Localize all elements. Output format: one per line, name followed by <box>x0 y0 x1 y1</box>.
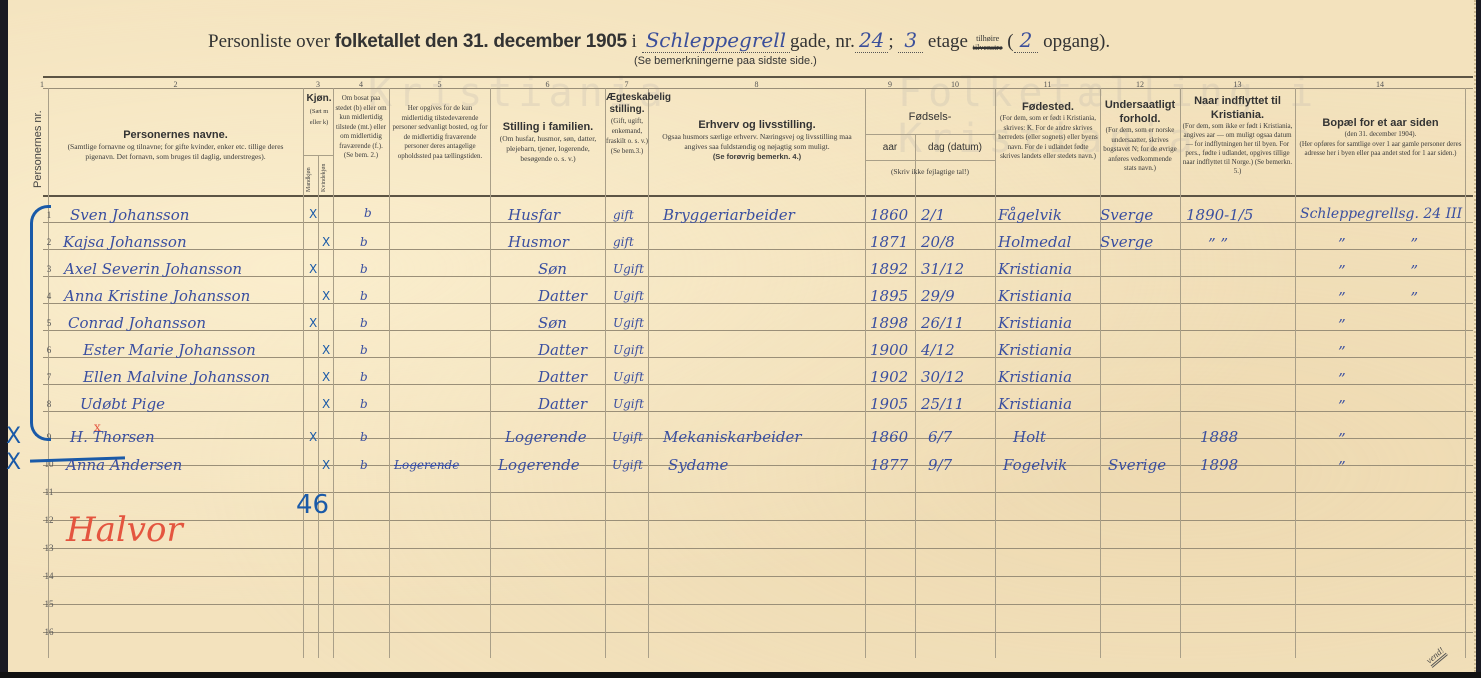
nationality-cell: Sverge <box>1100 233 1153 251</box>
sex-male-cell: X <box>309 430 317 444</box>
col-divider <box>389 88 390 658</box>
name-cell: Anna Andersen <box>66 456 182 474</box>
family-position-cell: Datter <box>538 395 587 413</box>
row-number: 14 <box>43 571 55 581</box>
sex-male-cell: X <box>309 262 317 276</box>
row-number: 12 <box>43 515 55 525</box>
row-number: 13 <box>43 543 55 553</box>
resident-cell: b <box>360 397 368 411</box>
marital-cell: Ugift <box>613 370 644 384</box>
prev-residence-cell: ” ” <box>1338 458 1481 476</box>
header-sex: Kjøn. (Sæt m eller k) <box>304 92 334 128</box>
col-divider <box>1100 88 1101 658</box>
header-nationality: Undersaatligt forhold. (For dem, som er … <box>1102 98 1178 174</box>
name-cell: Sven Johansson <box>70 206 189 224</box>
birth-date-cell: 20/8 <box>921 233 955 251</box>
col-divider <box>1180 88 1181 658</box>
birthplace-cell: Kristiania <box>998 260 1072 278</box>
entrance-field[interactable]: 2 <box>1014 28 1039 53</box>
col-divider <box>995 88 996 658</box>
header-occupation: Erhverv og livsstilling. Ogsaa husmors s… <box>653 118 861 162</box>
row-rule <box>43 520 1473 521</box>
marital-cell: gift <box>613 208 634 222</box>
scan-border <box>0 672 1481 678</box>
side-selector[interactable]: tilhøire tilvenstre <box>973 34 1003 52</box>
page-title: Personliste over folketallet den 31. dec… <box>208 28 1110 53</box>
row-rule <box>43 249 1473 250</box>
birth-year-cell: 1905 <box>870 395 908 413</box>
marital-cell: Ugift <box>613 397 644 411</box>
table-top-rule <box>43 76 1473 78</box>
name-cell: Anna Kristine Johansson <box>64 287 250 305</box>
family-position-cell: Husfar <box>508 206 560 224</box>
birth-date-cell: 26/11 <box>921 314 964 332</box>
col-number: 7 <box>605 80 648 89</box>
name-cell: Axel Severin Johansson <box>64 260 242 278</box>
red-x-mark: x <box>94 420 101 434</box>
occupation-cell: Bryggeriarbeider <box>663 206 795 224</box>
col-number: 1 <box>36 80 48 89</box>
name-cell: Udøbt Pige <box>80 395 165 413</box>
birth-date-cell: 4/12 <box>921 341 955 359</box>
family-position-cell: Datter <box>538 287 587 305</box>
col-divider <box>1295 88 1296 658</box>
nationality-cell: Sverige <box>1108 456 1166 474</box>
prev-residence-cell: ” ” <box>1338 397 1481 415</box>
birth-date-cell: 31/12 <box>921 260 964 278</box>
occupation-cell: Mekaniskarbeider <box>663 428 802 446</box>
col-divider <box>303 88 304 658</box>
family-position-cell: Logerende <box>498 456 580 474</box>
prev-residence-cell: ” ” <box>1338 430 1481 448</box>
col-number: 3 <box>303 80 333 89</box>
header-male: Mandkjøn <box>306 167 312 192</box>
prev-residence-cell: ” ” ” <box>1338 262 1481 280</box>
col-number: 4 <box>333 80 389 89</box>
birth-year-cell: 1895 <box>870 287 908 305</box>
street-name-field[interactable]: Schleppegrell <box>642 28 790 53</box>
prev-residence-cell: ” ” <box>1338 370 1481 388</box>
birth-date-cell: 25/11 <box>921 395 964 413</box>
sex-female-cell: X <box>322 235 330 249</box>
row-rule <box>43 411 1473 412</box>
header-family-position: Stilling i familien. (Om husfar, husmor,… <box>493 120 603 164</box>
red-annotation-name: Halvor <box>66 510 183 550</box>
birthplace-cell: Kristiania <box>998 368 1072 386</box>
birth-date-cell: 30/12 <box>921 368 964 386</box>
birth-year-cell: 1877 <box>870 456 908 474</box>
col-divider <box>605 88 606 658</box>
marital-cell: Ugift <box>613 262 644 276</box>
family-position-cell: Datter <box>538 341 587 359</box>
birth-year-cell: 1860 <box>870 428 908 446</box>
marital-cell: Ugift <box>612 458 643 472</box>
resident-cell: b <box>360 370 368 384</box>
birth-date-cell: 2/1 <box>921 206 945 224</box>
family-position-cell: Logerende <box>505 428 587 446</box>
resident-cell: b <box>360 289 368 303</box>
family-position-cell: Søn <box>538 260 567 278</box>
name-cell: Conrad Johansson <box>68 314 206 332</box>
birthplace-cell: Kristiania <box>998 341 1072 359</box>
moved-in-cell: 1898 <box>1200 456 1238 474</box>
header-marital-status: Ægteskabelig stilling. (Gift, ugift, enk… <box>606 92 648 156</box>
birthplace-cell: Holt <box>1013 428 1046 446</box>
prev-residence-cell: ” ” <box>1338 316 1481 334</box>
col-number: 11 <box>995 80 1100 89</box>
header-names: Personernes navne. (Samtlige fornavne og… <box>53 128 298 162</box>
subtitle: (Se bemerkningerne paa sidste side.) <box>634 55 817 67</box>
title-bold: folketallet den 31. december 1905 <box>335 31 627 52</box>
turn-page-note: vend! <box>1424 645 1448 668</box>
col-number: 2 <box>48 80 303 89</box>
sex-female-cell: X <box>322 289 330 303</box>
resident-cell: b <box>360 343 368 357</box>
resident-cell: b <box>360 458 368 472</box>
sex-female-cell: X <box>322 343 330 357</box>
row-rule <box>43 465 1473 466</box>
header-subrule <box>865 134 995 135</box>
birthplace-cell: Holmedal <box>998 233 1071 251</box>
birth-date-cell: 29/9 <box>921 287 955 305</box>
header-moved-in: Naar indflyttet til Kristiania. (For dem… <box>1182 94 1293 176</box>
header-usual-residence: Her opgives for de kun midlertidig tilst… <box>392 104 488 161</box>
birthplace-cell: Kristiania <box>998 287 1072 305</box>
row-rule <box>43 548 1473 549</box>
row-rule <box>43 276 1473 277</box>
header-resident-status: Om bosat paa stedet (b) eller om kun mid… <box>335 94 387 161</box>
col-divider <box>915 134 916 658</box>
col-number: 13 <box>1180 80 1295 89</box>
sex-female-cell: X <box>322 458 330 472</box>
header-subrule <box>303 155 333 156</box>
name-cell: Ester Marie Johansson <box>83 341 256 359</box>
header-birthplace: Fødested. (For dem, som er født i Kristi… <box>998 100 1098 162</box>
row10-x-mark: X <box>6 450 21 475</box>
header-birth-year: aar <box>865 141 915 155</box>
moved-in-cell: 1888 <box>1200 428 1238 446</box>
row-number: 15 <box>43 599 55 609</box>
moved-in-cell: 1890-1/5 <box>1186 206 1253 224</box>
name-cell: H. Thorsen <box>70 428 155 446</box>
prev-residence-cell: ” ” ” <box>1338 235 1481 253</box>
prev-residence-cell: ” ” ” <box>1338 289 1481 307</box>
col-number: 6 <box>490 80 605 89</box>
person-total: 46 <box>296 490 329 520</box>
birth-year-cell: 1898 <box>870 314 908 332</box>
header-subrule <box>865 160 995 161</box>
row-rule <box>43 604 1473 605</box>
name-cell: Ellen Malvine Johansson <box>83 368 270 386</box>
census-form-page: Kristiania Folketælling i Kristiania Per… <box>8 0 1476 672</box>
birth-year-cell: 1892 <box>870 260 908 278</box>
sex-male-cell: X <box>309 316 317 330</box>
marital-cell: Ugift <box>613 289 644 303</box>
header-birth-date: dag (datum) <box>915 141 995 155</box>
row9-x-mark: X <box>6 424 21 449</box>
header-birth: Fødsels- <box>865 110 995 124</box>
col-number: 14 <box>1295 80 1465 89</box>
birth-date-cell: 6/7 <box>928 428 952 446</box>
marital-cell: Ugift <box>613 343 644 357</box>
row-rule <box>43 576 1473 577</box>
resident-cell: b <box>360 316 368 330</box>
row-number: 16 <box>43 627 55 637</box>
resident-cell: b <box>364 206 372 220</box>
birth-year-cell: 1900 <box>870 341 908 359</box>
col-number: 5 <box>389 80 490 89</box>
header-prev-residence: Bopæl for et aar siden (den 31. december… <box>1298 116 1463 159</box>
resident-cell: b <box>360 235 368 249</box>
birth-year-cell: 1902 <box>870 368 908 386</box>
sex-female-cell: X <box>322 397 330 411</box>
row-rule <box>43 303 1473 304</box>
family-position-cell: Datter <box>538 368 587 386</box>
header-female: Kvindekjøn <box>321 164 327 192</box>
house-number-field[interactable]: 24 <box>855 28 888 53</box>
resident-cell: b <box>360 430 368 444</box>
name-cell: Kajsa Johansson <box>63 233 187 251</box>
family-position-cell: Husmor <box>508 233 569 251</box>
row-rule <box>43 357 1473 358</box>
col-divider <box>333 88 334 658</box>
col-number: 8 <box>648 80 865 89</box>
row-number: 11 <box>43 487 55 497</box>
marital-cell: Ugift <box>613 316 644 330</box>
header-birth-note: (Skriv ikke fejlagtige tal!) <box>865 167 995 177</box>
floor-field[interactable]: 3 <box>898 28 923 53</box>
col-divider <box>490 88 491 658</box>
sex-female-cell: X <box>322 370 330 384</box>
col-number: 9 <box>865 80 915 89</box>
marital-cell: Ugift <box>612 430 643 444</box>
sex-male-cell: X <box>309 207 317 221</box>
col-number: 12 <box>1100 80 1180 89</box>
birthplace-cell: Kristiania <box>998 314 1072 332</box>
row-rule <box>43 632 1473 633</box>
birthplace-cell: Kristiania <box>998 395 1072 413</box>
row-rule <box>43 330 1473 331</box>
birthplace-cell: Fågelvik <box>998 206 1062 224</box>
prev-residence-cell: Schleppegrellsg. 24 III <box>1300 206 1462 222</box>
col-divider <box>648 88 649 658</box>
birth-year-cell: 1871 <box>870 233 908 251</box>
prev-residence-cell: ” ” <box>1338 343 1481 361</box>
moved-in-cell: ” ” <box>1208 235 1228 253</box>
birth-year-cell: 1860 <box>870 206 908 224</box>
birth-date-cell: 9/7 <box>928 456 952 474</box>
header-bottom-rule <box>43 195 1473 197</box>
marital-cell: gift <box>613 235 634 249</box>
birthplace-cell: Fogelvik <box>1003 456 1067 474</box>
nationality-cell: Sverge <box>1100 206 1153 224</box>
row-rule <box>43 492 1473 493</box>
col-number: 10 <box>915 80 995 89</box>
resident-cell: b <box>360 262 368 276</box>
usual-residence-cell: Logerende <box>394 458 459 472</box>
family-bracket-mark <box>30 205 51 441</box>
family-position-cell: Søn <box>538 314 567 332</box>
col-divider <box>318 155 319 658</box>
header-personernes-nr: Personernes nr. <box>32 110 44 188</box>
occupation-cell: Sydame <box>668 456 728 474</box>
